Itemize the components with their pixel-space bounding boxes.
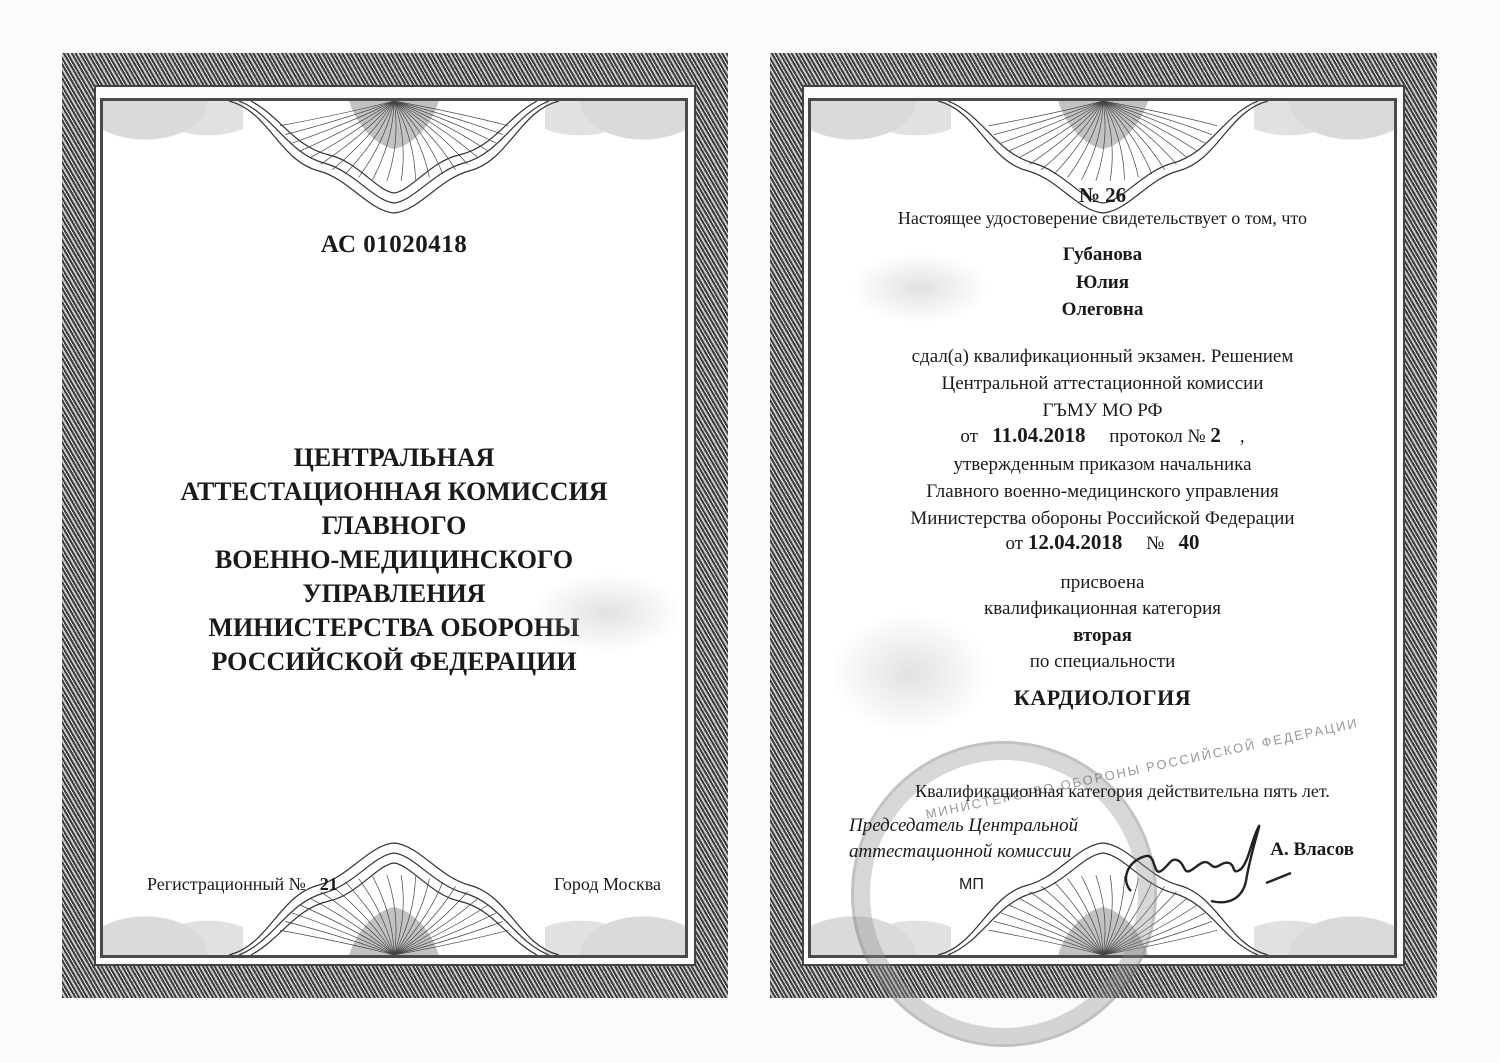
specialty-label: по специальности xyxy=(811,648,1394,675)
ornament-icon xyxy=(1254,101,1394,161)
title-line: РОССИЙСКОЙ ФЕДЕРАЦИИ xyxy=(103,645,685,679)
issuing-authority-title: ЦЕНТРАЛЬНАЯ АТТЕСТАЦИОННАЯ КОМИССИЯ ГЛАВ… xyxy=(103,441,685,679)
ornament-icon xyxy=(811,101,951,161)
signature-icon xyxy=(1101,821,1301,911)
commission-text: Центральной аттестационной комиссии xyxy=(811,370,1394,397)
title-line: ВОЕННО-МЕДИЦИНСКОГО xyxy=(103,543,685,577)
protocol-number: 2 xyxy=(1210,423,1221,447)
ornament-icon xyxy=(103,895,243,955)
title-line: АТТЕСТАЦИОННАЯ КОМИССИЯ xyxy=(103,475,685,509)
order-from-label: от xyxy=(1006,533,1024,554)
decision-trailing-comma: , xyxy=(1240,426,1245,447)
holder-surname: Губанова xyxy=(811,244,1394,266)
chair-title: Председатель Центральной аттестационной … xyxy=(849,813,1078,865)
title-line: ГЛАВНОГО xyxy=(103,509,685,543)
holder-first-name: Юлия xyxy=(811,272,1394,294)
approved-text: утвержденным приказом начальника xyxy=(811,451,1394,478)
specialty-value: КАРДИОЛОГИЯ xyxy=(811,685,1394,711)
decision-line: от 11.04.2018 протокол № 2 , xyxy=(811,422,1394,450)
decision-date: 11.04.2018 xyxy=(992,423,1085,447)
certificate-cover-page: АС 01020418 ЦЕНТРАЛЬНАЯ АТТЕСТАЦИОННАЯ К… xyxy=(62,53,728,998)
certificate-serial-number: АС 01020418 xyxy=(103,231,685,259)
city-label: Город Москва xyxy=(554,874,661,895)
assigned-text: присвоена xyxy=(811,569,1394,596)
ornament-icon xyxy=(545,895,685,955)
order-number: 40 xyxy=(1178,530,1199,554)
category-label: квалификационная категория xyxy=(811,595,1394,622)
ornament-icon xyxy=(811,895,951,955)
exam-text: сдал(а) квалификационный экзамен. Решени… xyxy=(811,343,1394,370)
certificate-content-page: № 26 Настоящее удостоверение свидетельст… xyxy=(770,53,1437,998)
decision-from-label: от xyxy=(960,426,978,447)
rosette-ornament-icon xyxy=(229,101,559,221)
protocol-label: протокол № xyxy=(1109,426,1205,447)
ornament-icon xyxy=(103,101,243,161)
ministry-text: Министерства обороны Российской Федераци… xyxy=(811,505,1394,532)
commission-abbreviation: ГЪМУ МО РФ xyxy=(811,397,1394,424)
holder-patronymic: Олеговна xyxy=(811,299,1394,321)
title-line: МИНИСТЕРСТВА ОБОРОНЫ xyxy=(103,611,685,645)
registration-field: Регистрационный №21 xyxy=(147,874,338,895)
intro-text: Настоящее удостоверение свидетельствует … xyxy=(811,208,1394,229)
title-line: ЦЕНТРАЛЬНАЯ xyxy=(103,441,685,475)
stamp-text: МИНИСТЕРСТВО ОБОРОНЫ РОССИЙСКОЙ ФЕДЕРАЦИ… xyxy=(924,715,1360,822)
inner-frame: № 26 Настоящее удостоверение свидетельст… xyxy=(808,98,1397,958)
title-line: УПРАВЛЕНИЯ xyxy=(103,577,685,611)
inner-frame: АС 01020418 ЦЕНТРАЛЬНАЯ АТТЕСТАЦИОННАЯ К… xyxy=(100,98,688,958)
ornament-icon xyxy=(545,101,685,161)
registration-number: 21 xyxy=(320,874,338,894)
registration-line: Регистрационный №21 Город Москва xyxy=(147,874,661,895)
order-number-label: № xyxy=(1146,533,1164,554)
rosette-ornament-icon xyxy=(229,835,559,955)
certificate-number: № 26 xyxy=(811,183,1394,208)
validity-text: Квалификационная категория действительна… xyxy=(851,781,1394,802)
registration-label: Регистрационный № xyxy=(147,874,306,894)
chair-title-line: аттестационной комиссии xyxy=(849,839,1078,865)
order-line: от 12.04.2018 № 40 xyxy=(811,529,1394,557)
signer-name: А. Власов xyxy=(1270,839,1354,861)
order-date: 12.04.2018 xyxy=(1028,530,1123,554)
chair-title-line: Председатель Центральной xyxy=(849,813,1078,839)
seal-place-label: МП xyxy=(959,876,984,894)
directorate-text: Главного военно-медицинского управления xyxy=(811,478,1394,505)
category-value: вторая xyxy=(811,622,1394,649)
